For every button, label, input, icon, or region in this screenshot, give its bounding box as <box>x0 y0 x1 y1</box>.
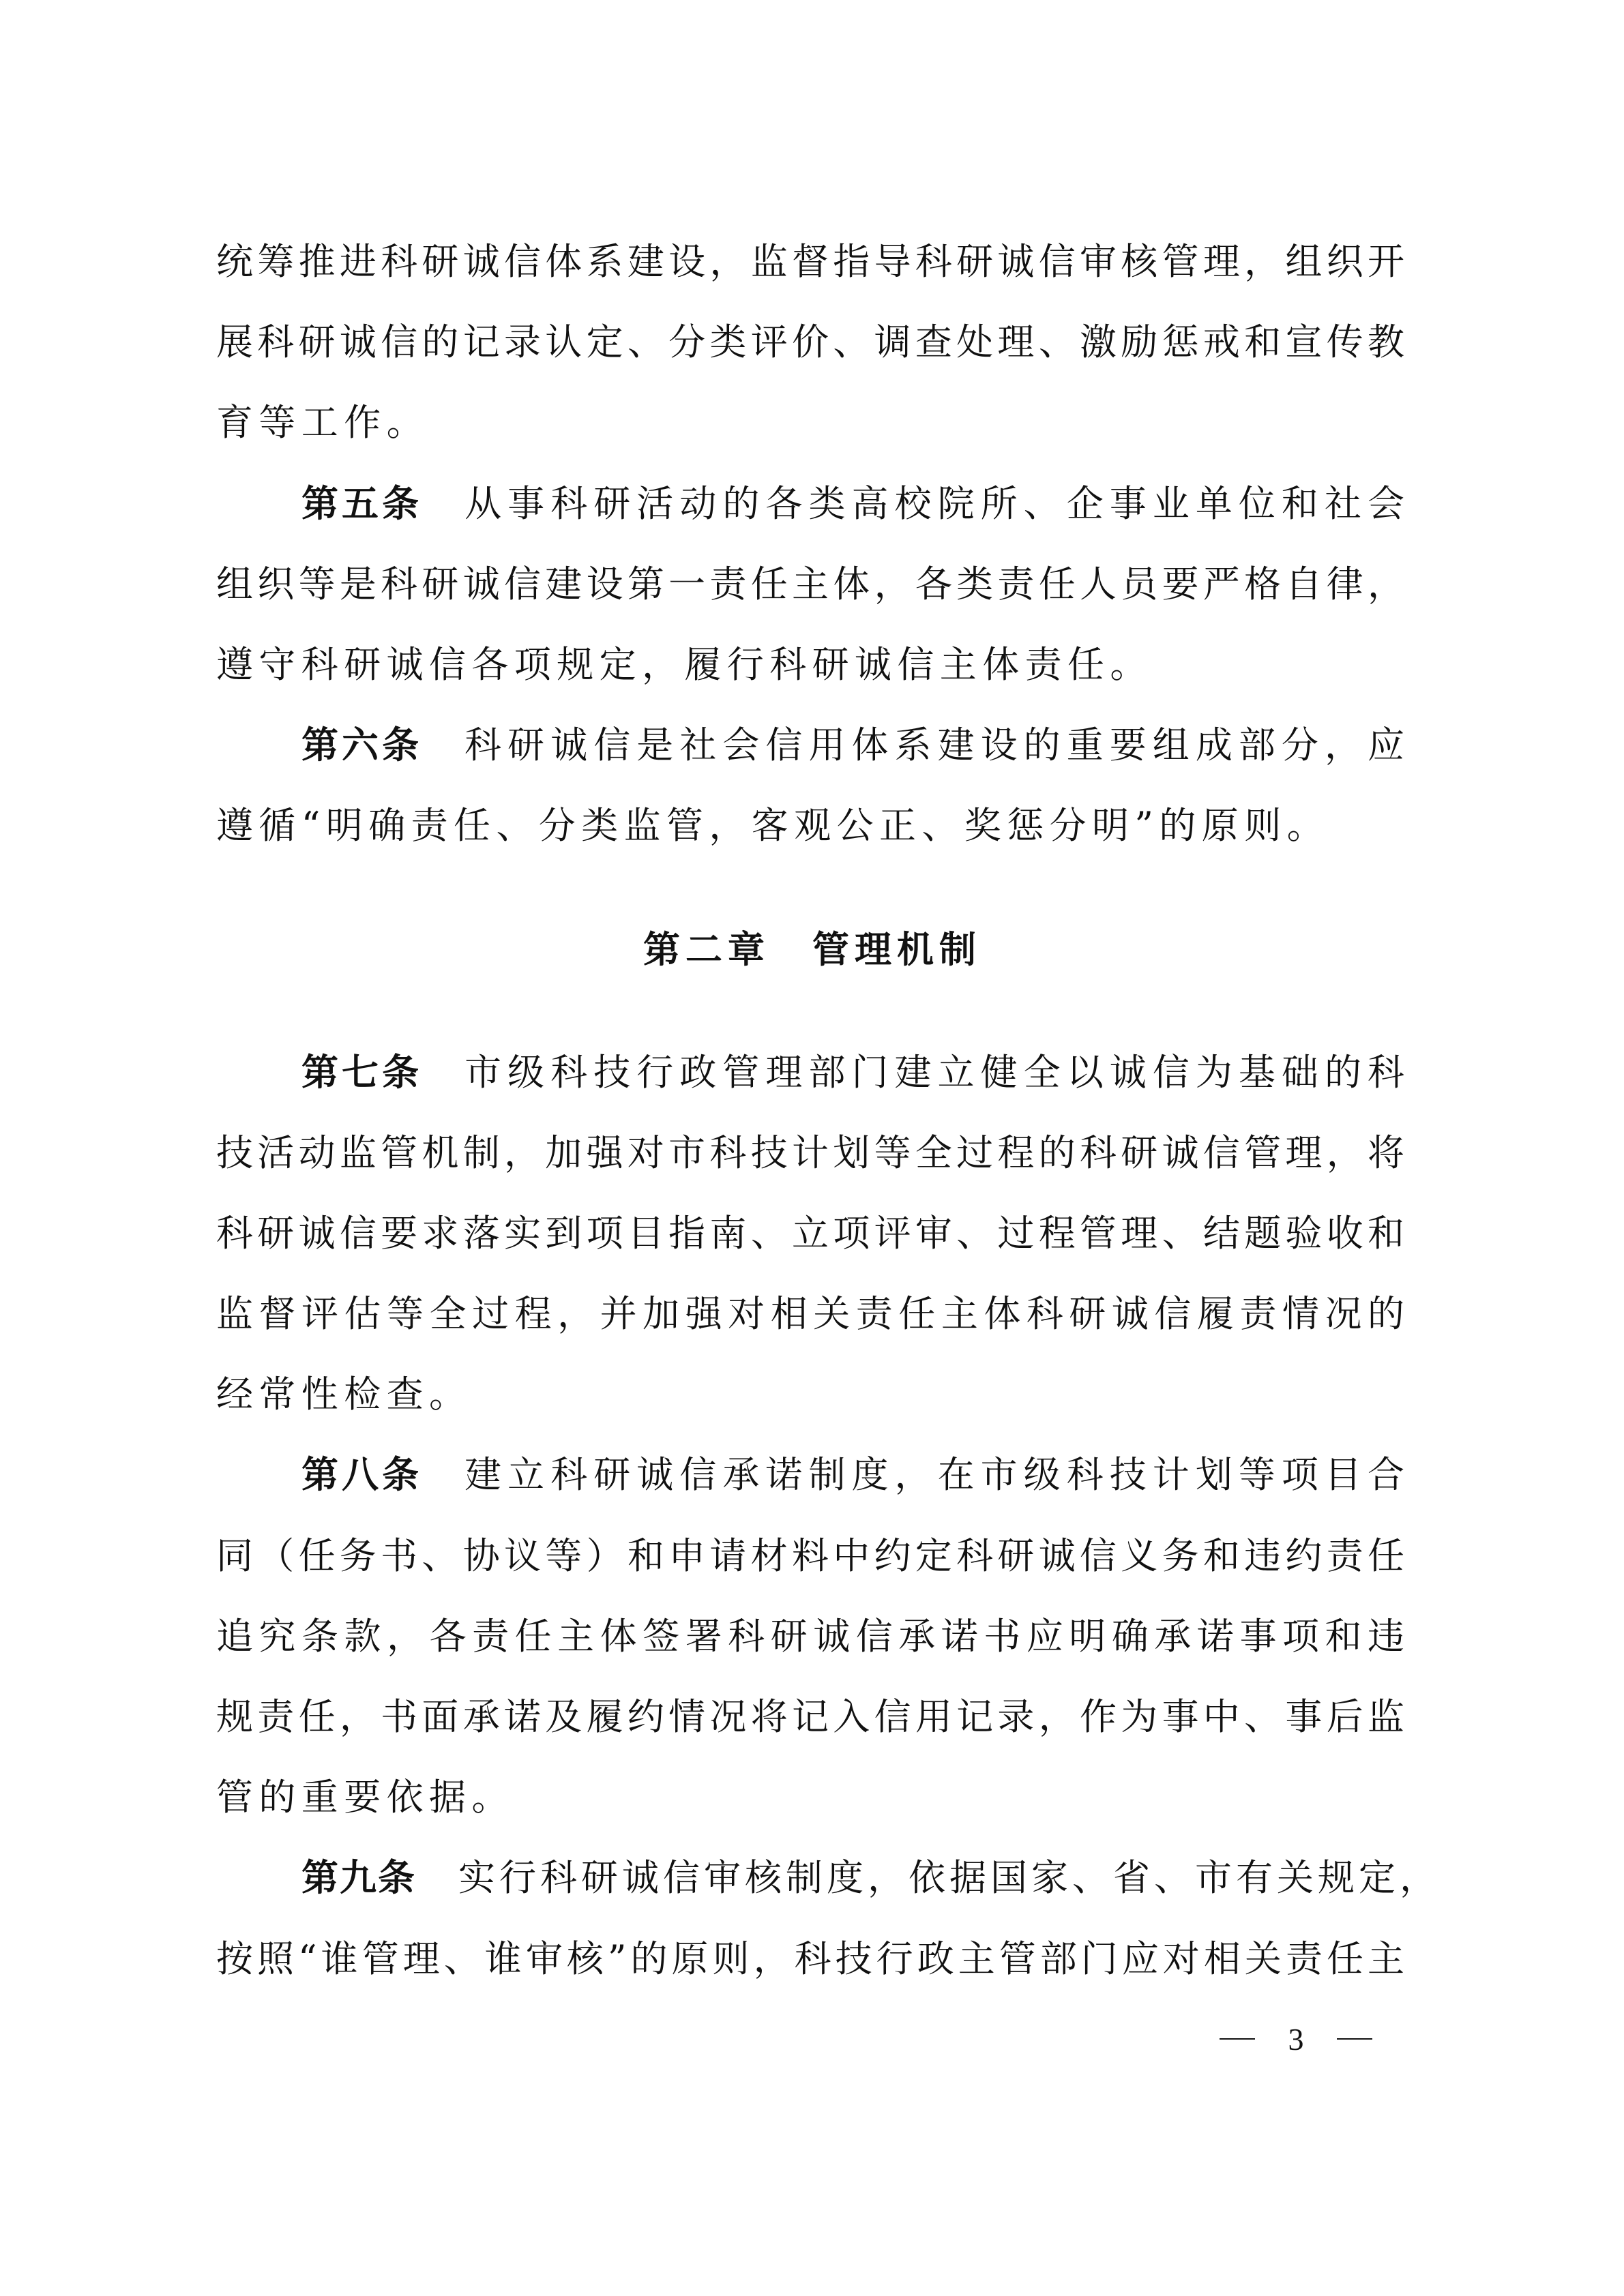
text-line: 第九条实行科研诚信审核制度，依据国家、省、市有关规定， <box>216 1838 1408 1918</box>
text-line: 统筹推进科研诚信体系建设，监督指导科研诚信审核管理，组织开 <box>216 222 1408 302</box>
paragraph-article-8: 第八条建立科研诚信承诺制度，在市级科技计划等项目合 同（任务书、协议等）和申请材… <box>216 1435 1408 1838</box>
text-line-content: 市级科技行政管理部门建立健全以诚信为基础的科 <box>464 1051 1408 1094</box>
article-heading: 第八条 <box>301 1453 422 1496</box>
article-heading: 第九条 <box>301 1856 416 1899</box>
chapter-title: 管理机制 <box>812 928 981 971</box>
text-line: 遵守科研诚信各项规定，履行科研诚信主体责任。 <box>216 625 1408 705</box>
article-heading: 第六条 <box>301 724 422 766</box>
text-line: 按照“谁管理、谁审核”的原则，科技行政主管部门应对相关责任主 <box>216 1919 1408 1999</box>
paragraph-article-9: 第九条实行科研诚信审核制度，依据国家、省、市有关规定， 按照“谁管理、谁审核”的… <box>216 1838 1408 1999</box>
page-number-dash-right <box>1337 2038 1372 2040</box>
text-line: 监督评估等全过程，并加强对相关责任主体科研诚信履责情况的 <box>216 1274 1408 1354</box>
text-line: 展科研诚信的记录认定、分类评价、调查处理、激励惩戒和宣传教 <box>216 302 1408 383</box>
text-line: 第六条科研诚信是社会信用体系建设的重要组成部分，应 <box>216 705 1408 786</box>
paragraph-article-6: 第六条科研诚信是社会信用体系建设的重要组成部分，应 遵循“明确责任、分类监管，客… <box>216 705 1408 866</box>
text-line: 追究条款，各责任主体签署科研诚信承诺书应明确承诺事项和违 <box>216 1596 1408 1677</box>
article-heading: 第七条 <box>301 1051 422 1094</box>
text-line-content: 建立科研诚信承诺制度，在市级科技计划等项目合 <box>464 1453 1408 1496</box>
text-line: 同（任务书、协议等）和申请材料中约定科研诚信义务和违约责任 <box>216 1516 1408 1596</box>
article-heading: 第五条 <box>301 482 422 525</box>
page-number-dash-left <box>1220 2038 1255 2040</box>
page-number-value: 3 <box>1288 2021 1304 2057</box>
page-number: 3 <box>1220 2022 1372 2056</box>
chapter-number: 第二章 <box>643 928 770 971</box>
paragraph-article-7: 第七条市级科技行政管理部门建立健全以诚信为基础的科 技活动监管机制，加强对市科技… <box>216 1032 1408 1435</box>
paragraph-article-5: 第五条从事科研活动的各类高校院所、企事业单位和社会 组织等是科研诚信建设第一责任… <box>216 464 1408 706</box>
text-line-content: 科研诚信是社会信用体系建设的重要组成部分，应 <box>464 724 1408 766</box>
text-line: 第八条建立科研诚信承诺制度，在市级科技计划等项目合 <box>216 1435 1408 1515</box>
text-line: 科研诚信要求落实到项目指南、立项评审、过程管理、结题验收和 <box>216 1193 1408 1274</box>
text-line: 第五条从事科研活动的各类高校院所、企事业单位和社会 <box>216 464 1408 544</box>
text-line: 经常性检查。 <box>216 1354 1408 1435</box>
paragraph-article-4-continuation: 统筹推进科研诚信体系建设，监督指导科研诚信审核管理，组织开 展科研诚信的记录认定… <box>216 222 1408 464</box>
text-line: 育等工作。 <box>216 383 1408 463</box>
text-line: 遵循“明确责任、分类监管，客观公正、奖惩分明”的原则。 <box>216 786 1408 866</box>
text-line: 技活动监管机制，加强对市科技计划等全过程的科研诚信管理，将 <box>216 1113 1408 1193</box>
text-line-content: 实行科研诚信审核制度，依据国家、省、市有关规定， <box>458 1856 1441 1899</box>
text-line: 第七条市级科技行政管理部门建立健全以诚信为基础的科 <box>216 1032 1408 1113</box>
chapter-heading: 第二章管理机制 <box>216 867 1408 1032</box>
document-body: 统筹推进科研诚信体系建设，监督指导科研诚信审核管理，组织开 展科研诚信的记录认定… <box>216 222 1408 1999</box>
text-line: 管的重要依据。 <box>216 1757 1408 1838</box>
document-page: 统筹推进科研诚信体系建设，监督指导科研诚信审核管理，组织开 展科研诚信的记录认定… <box>0 0 1624 2296</box>
text-line: 组织等是科研诚信建设第一责任主体，各类责任人员要严格自律， <box>216 544 1408 625</box>
text-line: 规责任，书面承诺及履约情况将记入信用记录，作为事中、事后监 <box>216 1677 1408 1757</box>
text-line-content: 从事科研活动的各类高校院所、企事业单位和社会 <box>464 482 1408 525</box>
